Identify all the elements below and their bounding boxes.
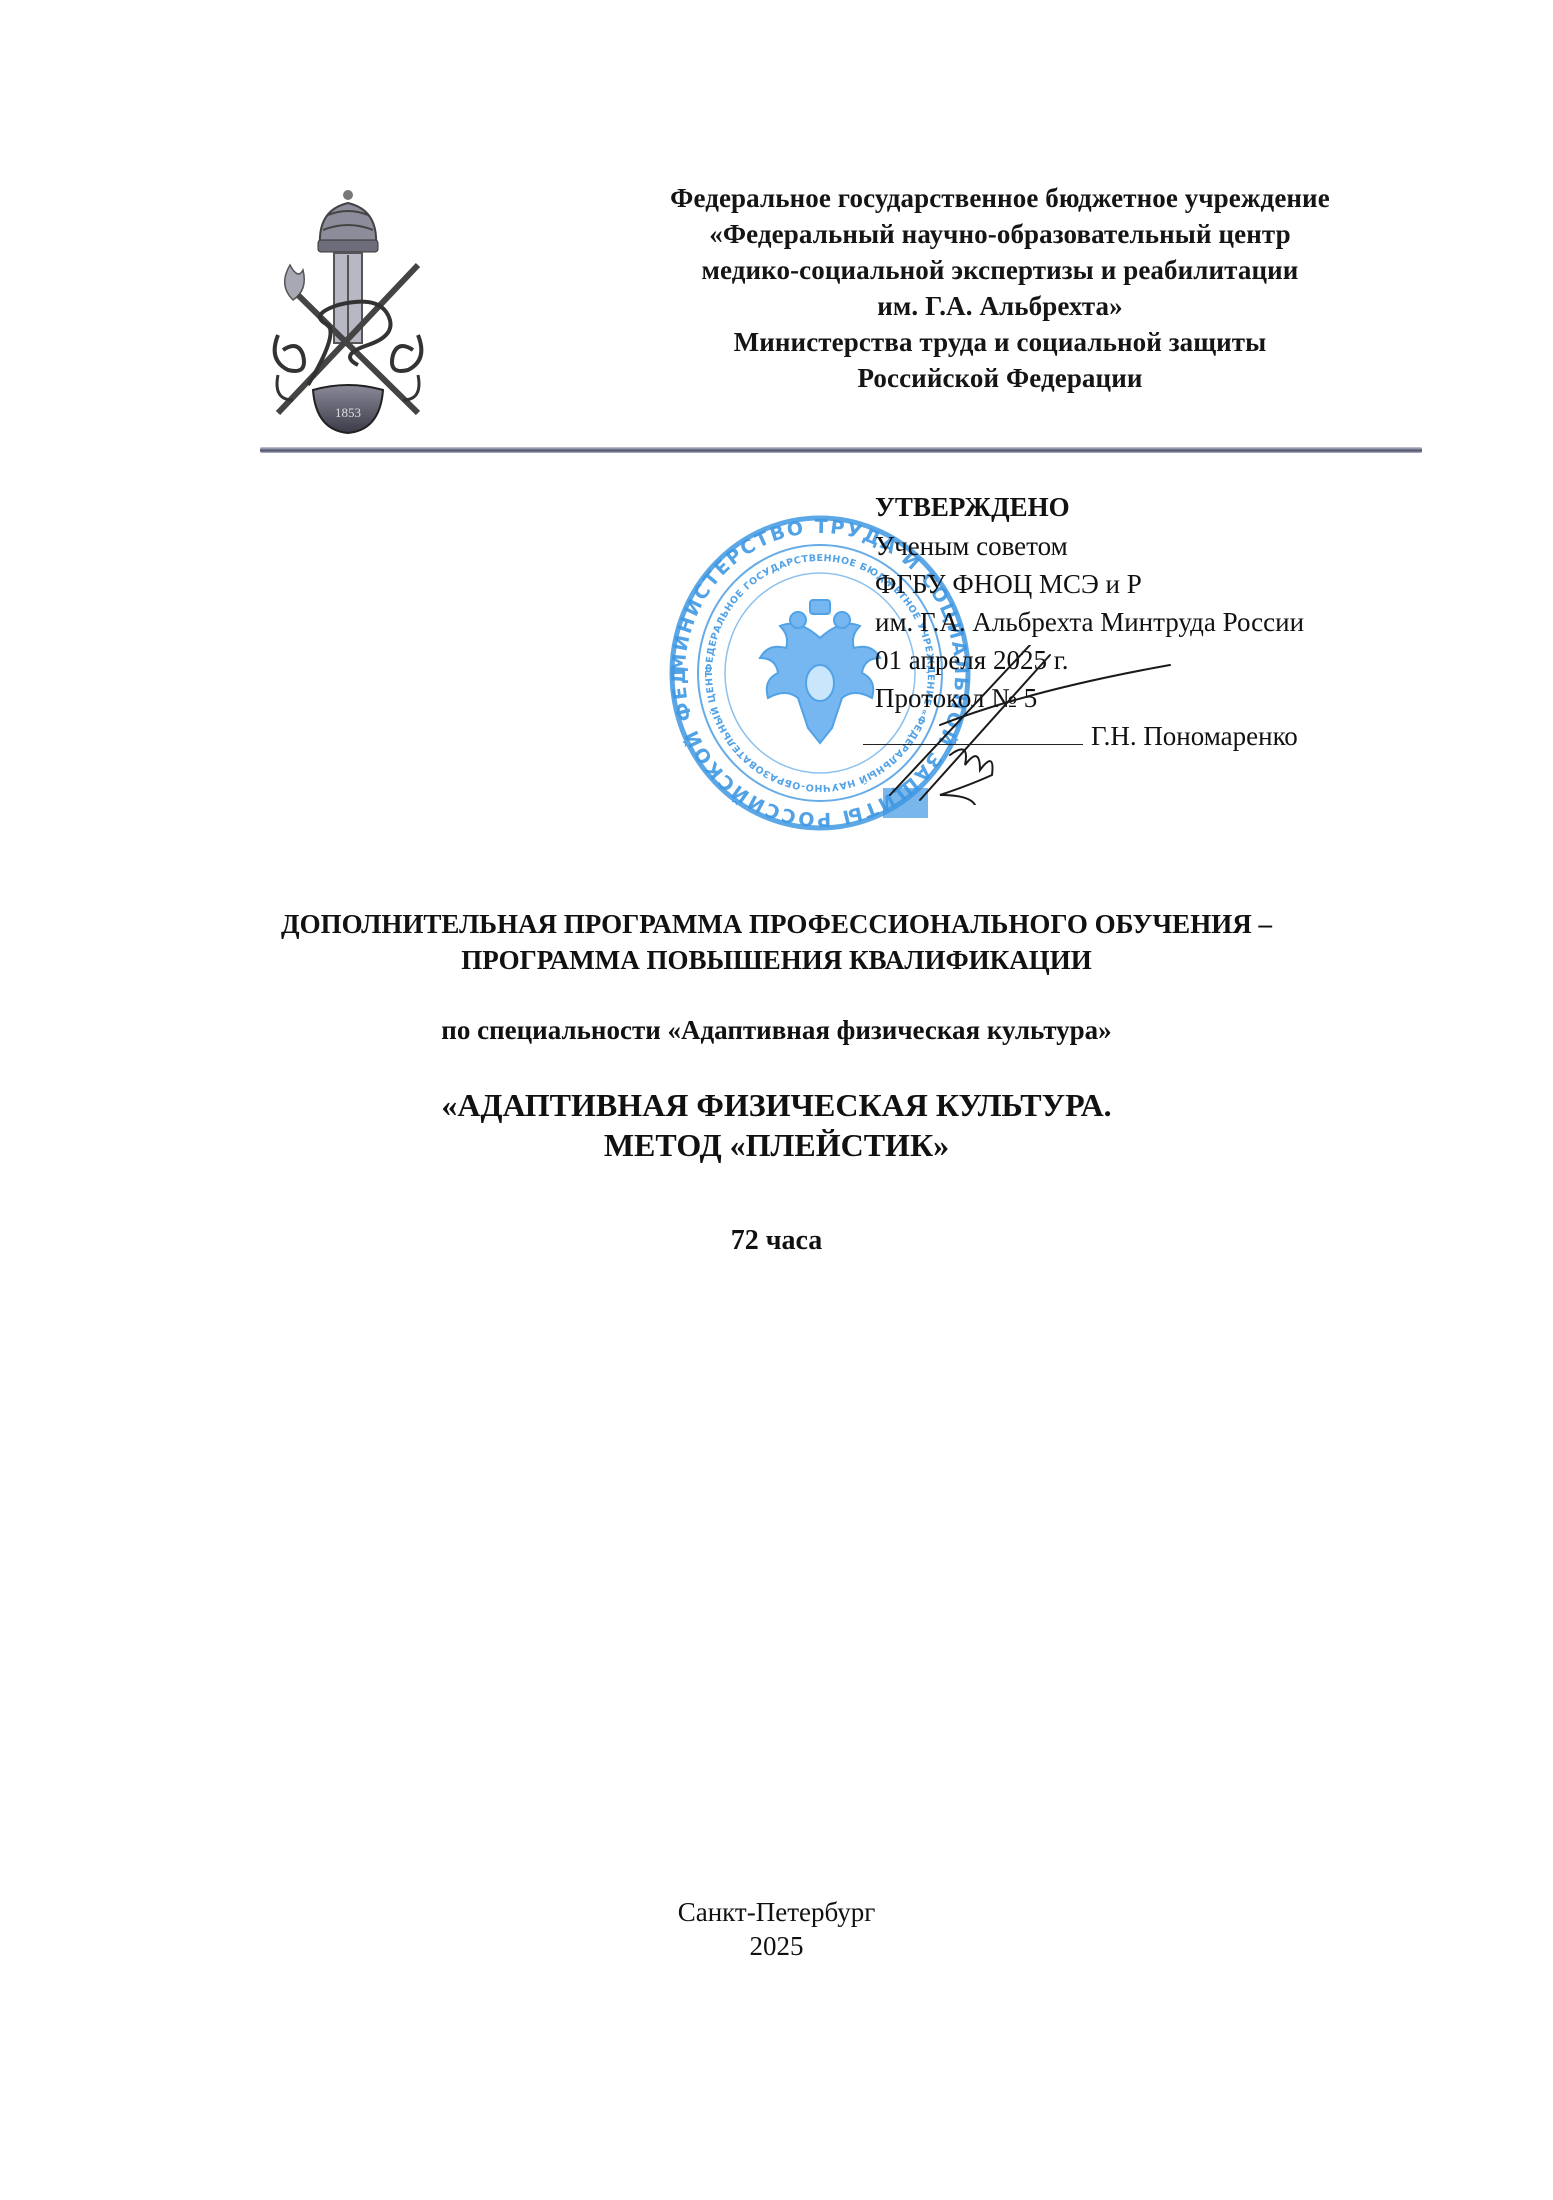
header-divider xyxy=(260,447,1422,453)
org-line: медико-социальной экспертизы и реабилита… xyxy=(600,252,1400,288)
footer: Санкт-Петербург 2025 xyxy=(200,1895,1353,1963)
program-specialty: по специальности «Адаптивная физическая … xyxy=(200,1012,1353,1048)
course-hours: 72 часа xyxy=(200,1223,1353,1259)
crown-caduceus-emblem-icon: 1853 xyxy=(268,185,438,435)
org-line: Федеральное государственное бюджетное уч… xyxy=(600,180,1400,216)
program-type: ДОПОЛНИТЕЛЬНАЯ ПРОГРАММА ПРОФЕССИОНАЛЬНО… xyxy=(200,906,1353,978)
approval-title: УТВЕРЖДЕНО xyxy=(875,487,1435,527)
org-line: им. Г.А. Альбрехта» xyxy=(600,288,1400,324)
svg-text:1853: 1853 xyxy=(335,405,361,420)
course-title-line: «АДАПТИВНАЯ ФИЗИЧЕСКАЯ КУЛЬТУРА. xyxy=(200,1085,1353,1125)
org-line: Российской Федерации xyxy=(600,360,1400,396)
handwritten-signature xyxy=(880,645,1180,805)
footer-city: Санкт-Петербург xyxy=(200,1895,1353,1929)
approval-line: им. Г.А. Альбрехта Минтруда России xyxy=(875,603,1435,641)
program-type-line: ПРОГРАММА ПОВЫШЕНИЯ КВАЛИФИКАЦИИ xyxy=(200,942,1353,978)
approval-line: Ученым советом xyxy=(875,527,1435,565)
course-title: «АДАПТИВНАЯ ФИЗИЧЕСКАЯ КУЛЬТУРА. МЕТОД «… xyxy=(200,1085,1353,1165)
double-headed-eagle-icon xyxy=(760,600,880,743)
org-line: «Федеральный научно-образовательный цент… xyxy=(600,216,1400,252)
org-line: Министерства труда и социальной защиты xyxy=(600,324,1400,360)
course-title-line: МЕТОД «ПЛЕЙСТИК» xyxy=(200,1125,1353,1165)
approval-line: ФГБУ ФНОЦ МСЭ и Р xyxy=(875,565,1435,603)
footer-year: 2025 xyxy=(200,1929,1353,1963)
organization-header: Федеральное государственное бюджетное уч… xyxy=(600,180,1400,396)
program-type-line: ДОПОЛНИТЕЛЬНАЯ ПРОГРАММА ПРОФЕССИОНАЛЬНО… xyxy=(200,906,1353,942)
